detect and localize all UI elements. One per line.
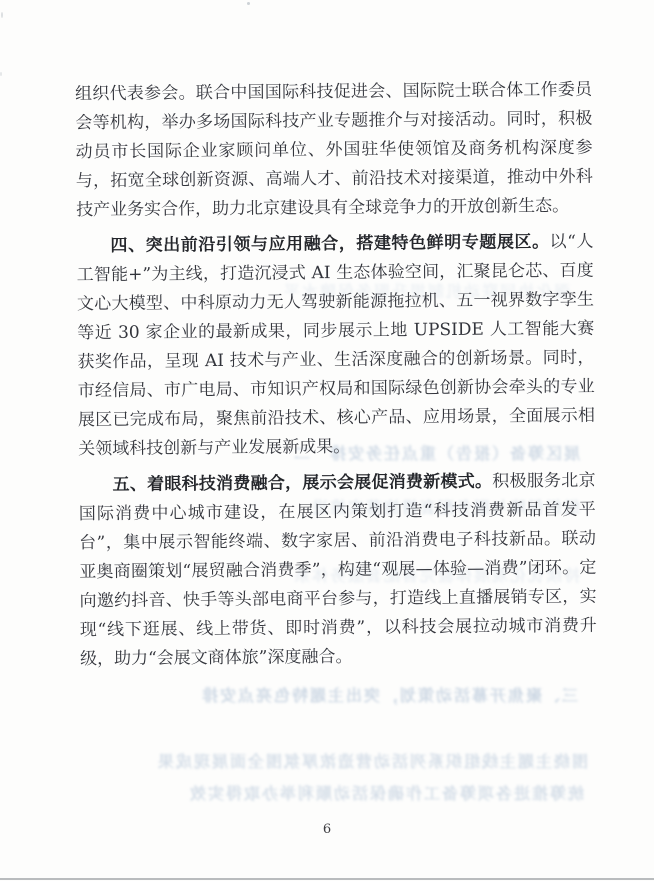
scan-bottom-edge [0,878,654,880]
section-heading: 四、突出前沿引领与应用融合，搭建特色鲜明专题展区。 [110,232,549,256]
scanned-document-page: 强化协同联动机制提升服务保障水平 展区筹备（报告）重点任务安排 二 组织保障与服… [0,0,654,881]
paragraph-section-4: 四、突出前沿引领与应用融合，搭建特色鲜明专题展区。以“人工智能+”为主线，打造沉… [76,228,595,465]
bleedthrough-line: 统筹推进各项筹备工作确保活动顺利举办取得实效 [84,784,584,804]
scan-speck [1,12,3,18]
scan-speck [0,72,2,76]
paragraph-text: 积极服务北京国际消费中心城市建设，在展区内策划打造“科技消费新品首发平台”，集中… [79,471,597,670]
document-body: 组织代表参会。联合中国国际科技促进会、国际院士联合体工作委员会等机构，举办多场国… [75,76,597,681]
page-number: 6 [305,822,349,837]
paragraph-text: 以“人工智能+”为主线，打造沉浸式 AI 生态体验空间，汇聚昆仑芯、百度文心大模… [77,232,595,460]
bleedthrough-line: 三、聚焦开幕活动策划，突出主题特色亮点安排 [84,686,578,706]
scan-speck [247,2,250,5]
paragraph-text: 组织代表参会。联合中国国际科技促进会、国际院士联合体工作委员会等机构，举办多场国… [75,80,593,221]
bleedthrough-line: 围绕主题主线组织系列活动营造浓厚氛围全面展现成果 [68,752,588,772]
section-heading: 五、着眼科技消费融合，展示会展促消费新模式。 [112,472,492,495]
paragraph-section-5: 五、着眼科技消费融合，展示会展促消费新模式。积极服务北京国际消费中心城市建设，在… [78,467,597,675]
paragraph-continuation: 组织代表参会。联合中国国际科技促进会、国际院士联合体工作委员会等机构，举办多场国… [75,76,593,226]
